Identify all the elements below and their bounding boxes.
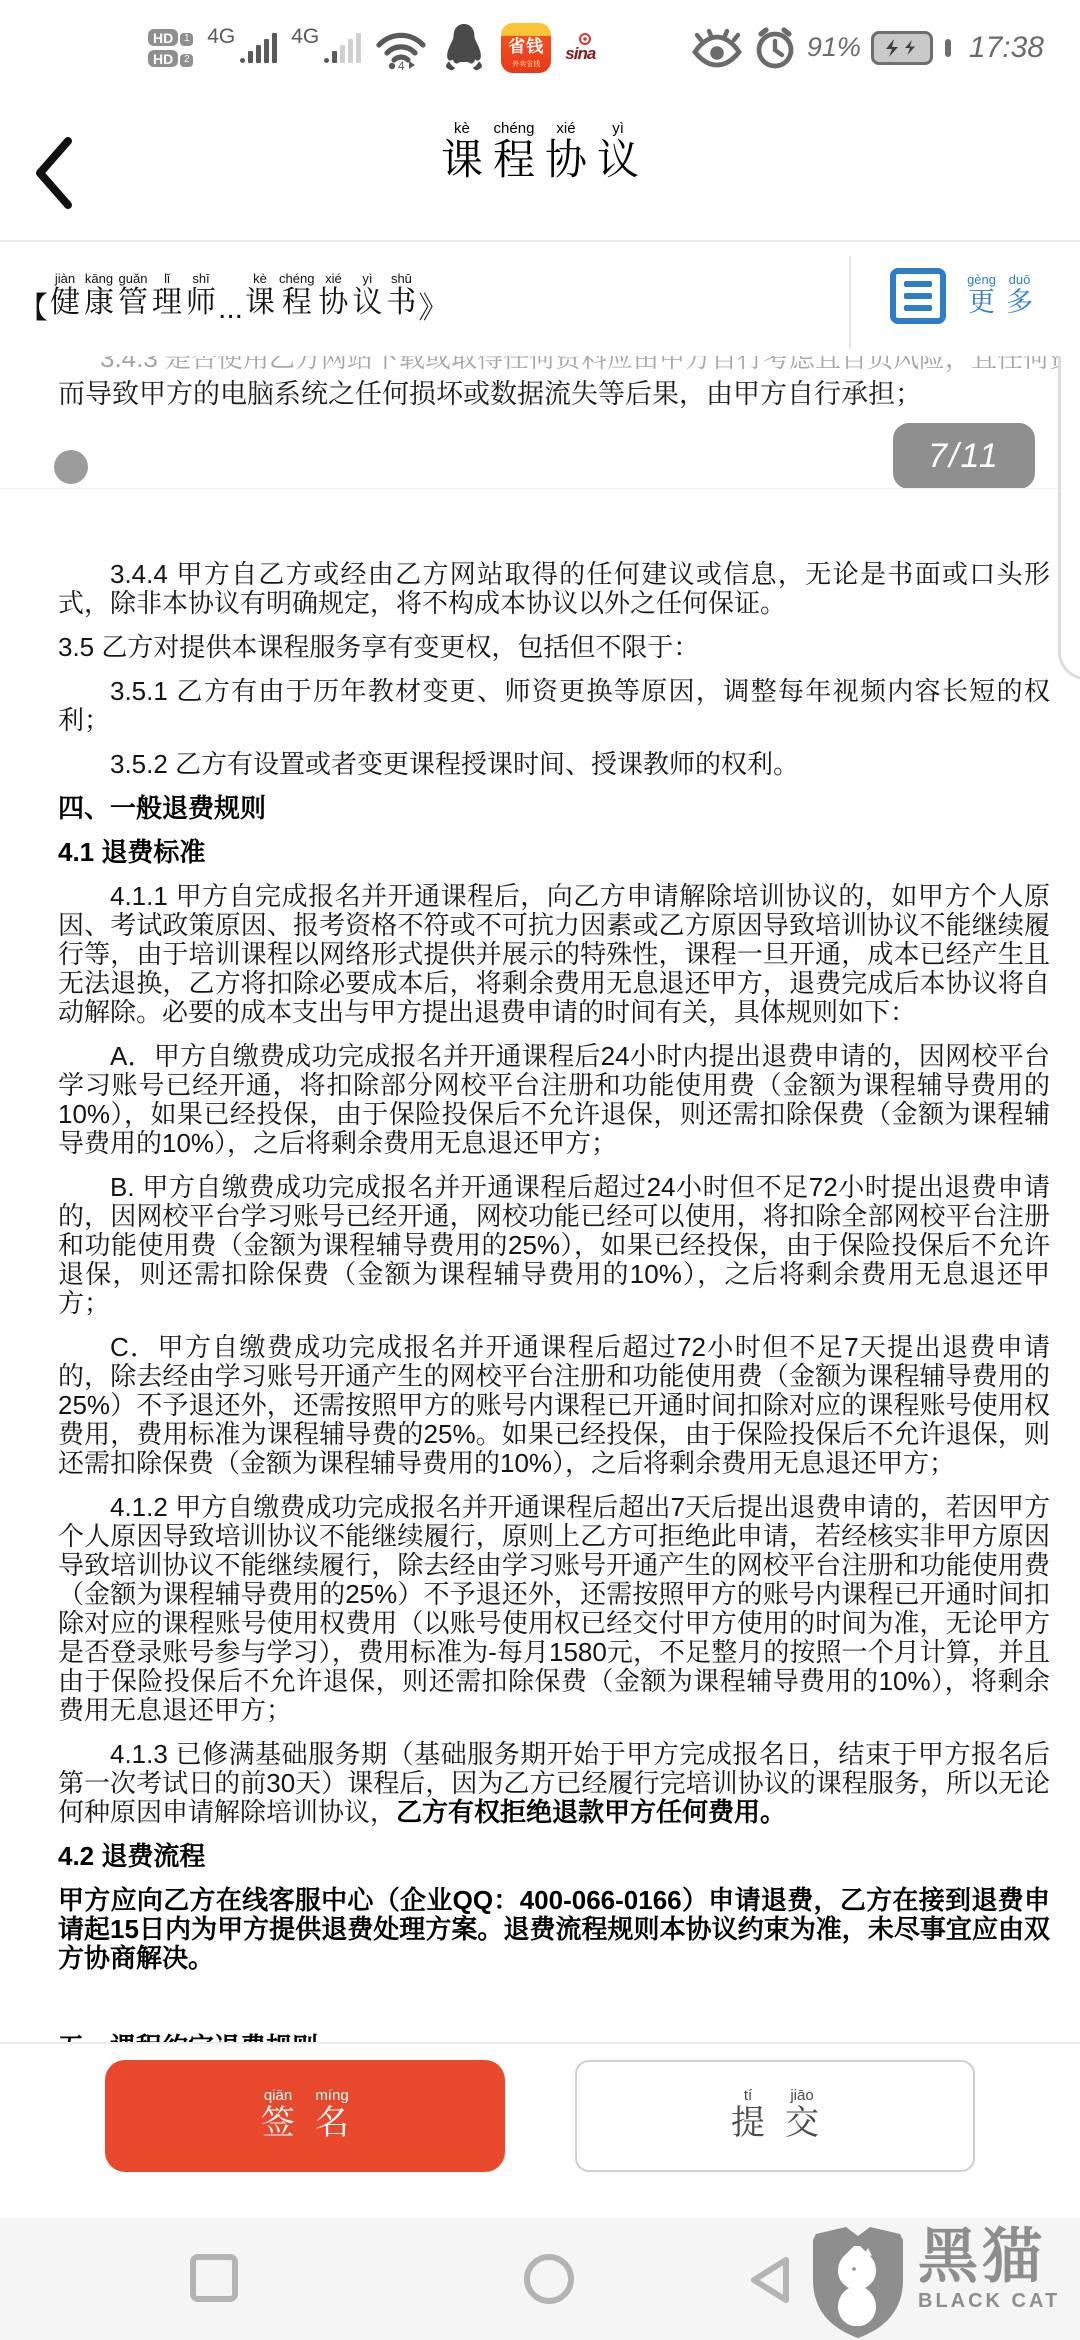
fast-scrollbar-thumb[interactable] xyxy=(1058,356,1080,680)
alarm-clock-icon xyxy=(753,26,797,70)
document-paragraph: C．甲方自缴费成功完成报名并开通课程后超过72小时但不足7天提出退费申请的，除去… xyxy=(58,1333,1050,1478)
hd1-badge: HD 1 xyxy=(148,29,193,46)
hd2-badge: HD 2 xyxy=(148,50,193,67)
black-cat-watermark: 黑猫 BLACK CAT xyxy=(808,2224,1080,2340)
document-paragraph: 甲方应向乙方在线客服中心（企业QQ：400-066-0166）申请退费，乙方在接… xyxy=(58,1886,1050,1973)
document-paragraph: 4.1.2 甲方自缴费成功完成报名并开通课程后超出7天后提出退费申请的，若因甲方… xyxy=(58,1493,1050,1725)
phone-screen: HD 1 HD 2 4G 4G xyxy=(0,0,1080,2340)
document-paragraph: 4.1 退费标准 xyxy=(58,838,1050,867)
sim2-network-label: 4G xyxy=(291,25,319,49)
hd-volte-badges: HD 1 HD 2 xyxy=(148,29,193,67)
save-money-subtitle: 外卖省钱 xyxy=(512,59,540,69)
submit-button[interactable]: 提tí交jiāo xyxy=(575,2060,975,2172)
hd2-sim-number: 2 xyxy=(180,54,193,67)
page-break-line xyxy=(0,488,1080,489)
status-time-label: 17:38 xyxy=(969,31,1044,65)
status-bar-right: 91% 17:38 xyxy=(691,26,1044,70)
status-bar-left: HD 1 HD 2 4G 4G xyxy=(148,22,595,74)
document-paragraph: 四、一般退费规则 xyxy=(58,794,1050,823)
document-title: 【健jiàn康kāng管guǎn理lǐ师shī...课kè程chéng协xié议… xyxy=(18,272,448,321)
qq-penguin-icon xyxy=(441,22,487,74)
sign-button[interactable]: 签qiān名míng xyxy=(105,2060,505,2172)
carryover-text-line: 而导致甲方的电脑系统之任何损坏或数据流失等后果，由甲方自行承担； xyxy=(58,372,1050,411)
recents-square-icon[interactable] xyxy=(190,2254,238,2302)
document-body: 3.4.4 甲方自乙方或经由乙方网站取得的任何建议或信息，无论是书面或口头形式，… xyxy=(58,560,1050,2042)
document-paragraph: 4.1.3 已修满基础服务期（基础服务期开始于甲方完成报名日，结束于甲方报名后第… xyxy=(58,1740,1050,1827)
sim2-signal: 4G xyxy=(291,33,361,63)
document-paragraph: 3.5.1 乙方有由于历年教材变更、师资更换等原因，调整每年视频内容长短的权利； xyxy=(58,677,1050,735)
toolbar-divider xyxy=(849,256,851,348)
home-circle-icon[interactable] xyxy=(524,2254,574,2304)
hd2-label: HD xyxy=(148,50,178,67)
document-paragraph: 4.2 退费流程 xyxy=(58,1842,1050,1871)
sina-label: sina xyxy=(565,45,595,62)
wifi-gen-label: 4 xyxy=(398,59,405,70)
sim1-signal-bars-icon xyxy=(240,33,277,63)
sim1-network-label: 4G xyxy=(207,25,235,49)
battery-charging-icon xyxy=(871,31,933,65)
app-header: 课kè程chéng协xié议yì xyxy=(0,95,1080,240)
back-triangle-icon[interactable] xyxy=(744,2254,794,2306)
submit-button-label: 提tí交jiāo xyxy=(721,2088,829,2144)
sina-app-icon: sina xyxy=(565,33,595,62)
eye-protection-icon xyxy=(691,28,743,68)
document-paragraph: 3.4.4 甲方自乙方或经由乙方网站取得的任何建议或信息，无论是书面或口头形式，… xyxy=(58,560,1050,618)
document-paragraph: 3.5.2 乙方有设置或者变更课程授课时间、授课教师的权利。 xyxy=(58,750,1050,779)
document-title-bar: 【健jiàn康kāng管guǎn理lǐ师shī...课kè程chéng协xié议… xyxy=(0,242,1080,356)
watermark-text: 黑猫 BLACK CAT xyxy=(918,2224,1060,2313)
sim1-signal: 4G xyxy=(207,33,277,63)
scroll-position-dot[interactable] xyxy=(54,450,88,484)
black-cat-shield-icon xyxy=(808,2224,908,2340)
watermark-english-label: BLACK CAT xyxy=(918,2290,1060,2313)
save-money-title: 省钱 xyxy=(508,32,544,57)
document-paragraph: A．甲方自缴费成功完成报名并开通课程后24小时内提出退费申请的，因网校平台学习账… xyxy=(58,1042,1050,1158)
catalog-list-icon xyxy=(890,268,946,324)
sign-button-label: 签qiān名míng xyxy=(251,2088,359,2144)
battery-percent-label: 91% xyxy=(807,32,861,63)
document-paragraph: B. 甲方自缴费成功完成报名并开通课程后超过24小时但不足72小时提出退费申请的… xyxy=(58,1173,1050,1318)
save-money-app-icon: 省钱 外卖省钱 xyxy=(501,23,551,73)
wifi-icon: 4 xyxy=(375,26,427,70)
battery-cap xyxy=(945,39,951,57)
more-button[interactable]: 更gèng多duō xyxy=(890,268,1038,324)
watermark-chinese-label: 黑猫 xyxy=(918,2224,1060,2290)
page-indicator-badge: 7/11 xyxy=(893,423,1035,489)
status-bar: HD 1 HD 2 4G 4G xyxy=(0,0,1080,95)
document-viewer[interactable]: 3.4.3 是否使用乙方网站下载或取得任何资料应由甲方自行考虑且自负风险，且任何… xyxy=(0,356,1080,2042)
document-paragraph: 3.5 乙方对提供本课程服务享有变更权，包括但不限于： xyxy=(58,633,1050,662)
more-label: 更gèng多duō xyxy=(962,273,1038,319)
hd1-label: HD xyxy=(148,29,178,46)
sim2-signal-bars-icon xyxy=(324,33,361,63)
hd1-sim-number: 1 xyxy=(180,33,193,46)
bottom-action-bar: 签qiān名míng 提tí交jiāo xyxy=(0,2042,1080,2218)
page-title: 课kè程chéng协xié议yì xyxy=(0,121,1080,187)
document-paragraph: 五、课程约定退费规则 xyxy=(58,2033,1050,2042)
document-paragraph: 4.1.1 甲方自完成报名并开通课程后，向乙方申请解除培训协议的，如甲方个人原因… xyxy=(58,882,1050,1027)
